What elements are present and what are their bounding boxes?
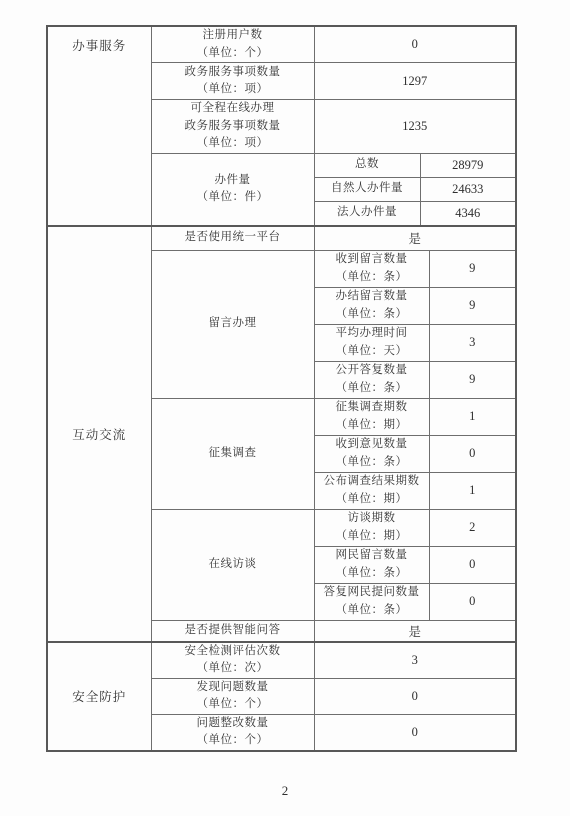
value-netizen-messages: 0 [429,546,516,583]
label-survey-periods: 征集调查期数 （单位：期） [314,398,429,435]
label-natural-person-cases: 自然人办件量 [314,177,420,201]
label-legal-person-cases: 法人办件量 [314,201,420,226]
label-smart-qa: 是否提供智能问答 [151,620,314,642]
label-messages-resolved: 办结留言数量 （单位：条） [314,287,429,324]
label-problems-rectified: 问题整改数量 （单位：个） [151,714,314,751]
table-row: 安全防护 安全检测评估次数 （单位：次） 3 [47,642,516,679]
label-netizen-messages: 网民留言数量 （单位：条） [314,546,429,583]
label-total-cases: 总数 [314,153,420,177]
table-row: 办事服务 注册用户数 （单位：个） 0 [47,26,516,63]
annual-report-table: 办事服务 注册用户数 （单位：个） 0 政务服务事项数量 （单位：项） 1297… [46,25,517,752]
label-public-replies: 公开答复数量 （单位：条） [314,361,429,398]
group-label-zaixianfangtan: 在线访谈 [151,509,314,620]
value-messages-received: 9 [429,250,516,287]
group-label-zhengjidiaocha: 征集调查 [151,398,314,509]
value-smart-qa: 是 [314,620,516,642]
report-page: { "page_number": "2", "colors": { "backg… [0,0,570,816]
label-opinions-received: 收到意见数量 （单位：条） [314,435,429,472]
value-service-items: 1297 [314,63,516,100]
label-registered-users: 注册用户数 （单位：个） [151,26,314,63]
page-number: 2 [0,783,570,799]
value-results-published: 1 [429,472,516,509]
section-label-hudongjiaoliu: 互动交流 [47,226,151,642]
value-legal-person-cases: 4346 [420,201,516,226]
group-label-liuyanbanli: 留言办理 [151,250,314,398]
value-registered-users: 0 [314,26,516,63]
value-opinions-received: 0 [429,435,516,472]
label-unified-platform: 是否使用统一平台 [151,226,314,251]
label-messages-received: 收到留言数量 （单位：条） [314,250,429,287]
table-row: 互动交流 是否使用统一平台 是 [47,226,516,251]
value-problems-rectified: 0 [314,714,516,751]
label-online-service-items: 可全程在线办理 政务服务事项数量 （单位：项） [151,100,314,154]
section-label-anquanfanghu: 安全防护 [47,642,151,751]
section-label-banshifuwu: 办事服务 [47,26,151,226]
value-online-service-items: 1235 [314,100,516,154]
value-natural-person-cases: 24633 [420,177,516,201]
value-security-assessments: 3 [314,642,516,679]
label-results-published: 公布调查结果期数 （单位：期） [314,472,429,509]
value-netizen-questions-answered: 0 [429,583,516,620]
label-security-assessments: 安全检测评估次数 （单位：次） [151,642,314,679]
group-label-banjianliang: 办件量 （单位：件） [151,153,314,226]
label-average-handling-time: 平均办理时间 （单位：天） [314,324,429,361]
label-interview-periods: 访谈期数 （单位：期） [314,509,429,546]
value-average-handling-time: 3 [429,324,516,361]
label-problems-found: 发现问题数量 （单位：个） [151,678,314,714]
label-netizen-questions-answered: 答复网民提问数量 （单位：条） [314,583,429,620]
value-unified-platform: 是 [314,226,516,251]
value-survey-periods: 1 [429,398,516,435]
value-interview-periods: 2 [429,509,516,546]
value-problems-found: 0 [314,678,516,714]
value-total-cases: 28979 [420,153,516,177]
value-public-replies: 9 [429,361,516,398]
value-messages-resolved: 9 [429,287,516,324]
label-service-items: 政务服务事项数量 （单位：项） [151,63,314,100]
